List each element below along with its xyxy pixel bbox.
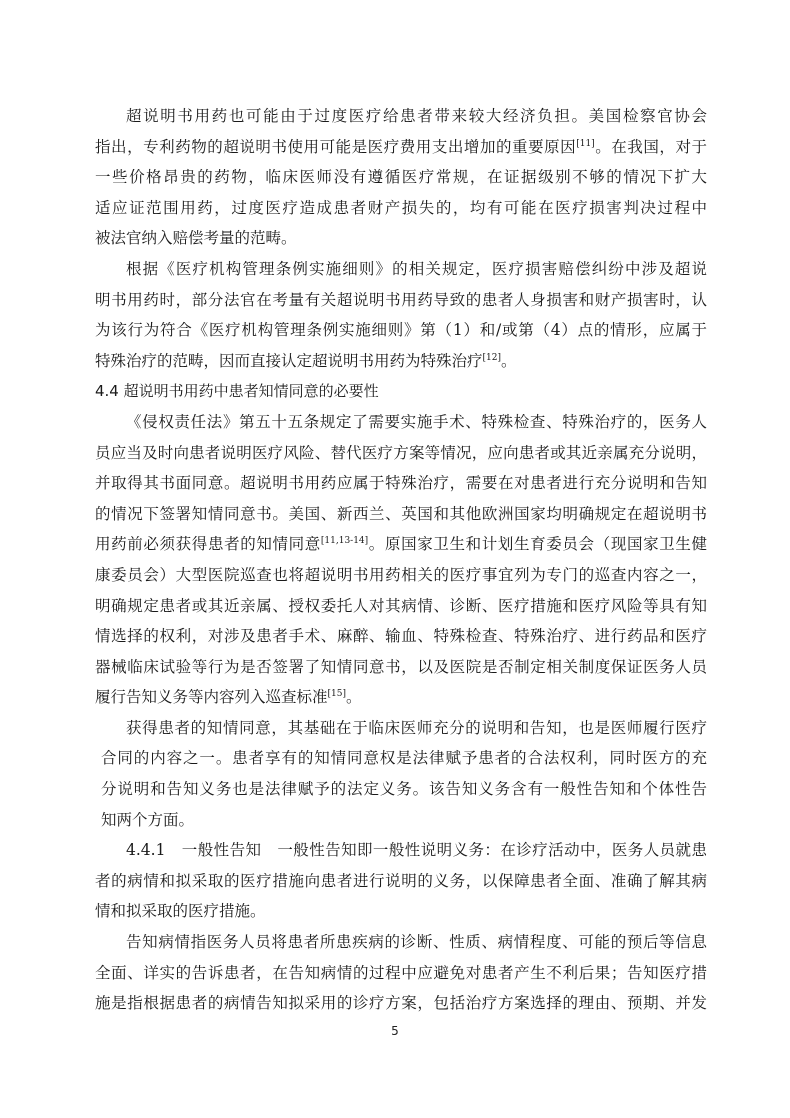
text-segment: 施是指根据患者的病情告知拟采用的诊疗方案，包括治疗方案选择的理由、预期、并发 [95,994,707,1012]
text-line: 员应当及时向患者说明医疗风险、替代医疗方案等情况，应向患者或其近亲属充分说明， [95,438,707,469]
text-line: 履行告知义务等内容列入巡查标准[15]。 [95,682,707,713]
text-line: 《侵权责任法》第五十五条规定了需要实施手术、特殊检查、特殊治疗的，医务人 [95,407,707,438]
text-line: 4.4.1 一般性告知 一般性告知即一般性说明义务：在诊疗活动中，医务人员就患 [95,835,707,866]
text-line: 知两个方面。 [95,805,707,836]
text-segment: 明确规定患者或其近亲属、授权委托人对其病情、诊断、医疗措施和医疗风险等具有知 [95,597,707,615]
text-segment: 并取得其书面同意。超说明书用药应属于特殊治疗，需要在对患者进行充分说明和告知 [95,474,707,492]
text-segment: 一些价格昂贵的药物，临床医师没有遵循医疗常规，在证据级别不够的情况下扩大 [95,168,707,186]
text-line: 被法官纳入赔偿考量的范畴。 [95,223,707,254]
text-line: 适应证范围用药，过度医疗造成患者财产损失的，均有可能在医疗损害判决过程中 [95,193,707,224]
text-segment: 明书用药时，部分法官在考量有关超说明书用药导致的患者人身损害和财产损害时，认 [95,291,707,309]
text-segment: 合同的内容之一。患者享有的知情同意权是法律赋予患者的合法权利，同时医方的充 [101,749,707,767]
text-line: 一些价格昂贵的药物，临床医师没有遵循医疗常规，在证据级别不够的情况下扩大 [95,162,707,193]
body-paragraph: 4.4.1 一般性告知 一般性告知即一般性说明义务：在诊疗活动中，医务人员就患者… [95,835,707,927]
text-segment: 根据《医疗机构管理条例实施细则》的相关规定，医疗损害赔偿纠纷中涉及超说 [126,260,707,278]
text-segment: 4.4.1 一般性告知 一般性告知即一般性说明义务：在诊疗活动中，医务人员就患 [126,841,707,859]
text-segment: 分说明和告知义务也是法律赋予的法定义务。该告知义务含有一般性告知和个体性告 [101,780,707,798]
text-line: 并取得其书面同意。超说明书用药应属于特殊治疗，需要在对患者进行充分说明和告知 [95,468,707,499]
body-paragraph: 超说明书用药也可能由于过度医疗给患者带来较大经济负担。美国检察官协会指出，专利药… [95,101,707,254]
text-segment: 指出，专利药物的超说明书使用可能是医疗费用支出增加的重要原因 [95,138,576,156]
body-paragraph: 告知病情指医务人员将患者所患疾病的诊断、性质、病情程度、可能的预后等信息全面、详… [95,927,707,1019]
text-line: 告知病情指医务人员将患者所患疾病的诊断、性质、病情程度、可能的预后等信息 [95,927,707,958]
text-segment: 知两个方面。 [101,811,194,829]
text-segment: 履行告知义务等内容列入巡查标准 [95,688,328,706]
text-line: 全面、详实的告诉患者，在告知病情的过程中应避免对患者产生不利后果；告知医疗措 [95,958,707,989]
text-segment: 。 [501,352,517,370]
citation-reference: [11] [576,139,594,149]
text-segment: 为该行为符合《医疗机构管理条例实施细则》第（1）和/或第（4）点的情形，应属于 [95,321,707,339]
text-segment: 。 [346,688,362,706]
text-segment: 用药前必须获得患者的知情同意 [95,535,321,553]
text-line: 情选择的权利，对涉及患者手术、麻醉、输血、特殊检查、特殊治疗、进行药品和医疗 [95,621,707,652]
text-line: 指出，专利药物的超说明书使用可能是医疗费用支出增加的重要原因[11]。在我国，对… [95,132,707,163]
text-segment: 适应证范围用药，过度医疗造成患者财产损失的，均有可能在医疗损害判决过程中 [95,199,707,217]
text-segment: 《侵权责任法》第五十五条规定了需要实施手术、特殊检查、特殊治疗的，医务人 [126,413,707,431]
text-line: 获得患者的知情同意，其基础在于临床医师充分的说明和告知，也是医师履行医疗 [95,713,707,744]
text-line: 明确规定患者或其近亲属、授权委托人对其病情、诊断、医疗措施和医疗风险等具有知 [95,591,707,622]
text-segment: 的情况下签署知情同意书。美国、新西兰、英国和其他欧洲国家均明确规定在超说明书 [95,505,707,523]
text-segment: 超说明书用药也可能由于过度医疗给患者带来较大经济负担。美国检察官协会 [126,107,707,125]
heading-text: 4.4 超说明书用药中患者知情同意的必要性 [95,376,707,407]
text-line: 者的病情和拟采取的医疗措施向患者进行说明的义务，以保障患者全面、准确了解其病 [95,866,707,897]
text-line: 为该行为符合《医疗机构管理条例实施细则》第（1）和/或第（4）点的情形，应属于 [95,315,707,346]
text-segment: 者的病情和拟采取的医疗措施向患者进行说明的义务，以保障患者全面、准确了解其病 [95,872,707,890]
text-segment: 获得患者的知情同意，其基础在于临床医师充分的说明和告知，也是医师履行医疗 [126,719,707,737]
text-line: 根据《医疗机构管理条例实施细则》的相关规定，医疗损害赔偿纠纷中涉及超说 [95,254,707,285]
text-line: 合同的内容之一。患者享有的知情同意权是法律赋予患者的合法权利，同时医方的充 [95,743,707,774]
body-paragraph: 《侵权责任法》第五十五条规定了需要实施手术、特殊检查、特殊治疗的，医务人员应当及… [95,407,707,713]
text-line: 超说明书用药也可能由于过度医疗给患者带来较大经济负担。美国检察官协会 [95,101,707,132]
text-segment: 被法官纳入赔偿考量的范畴。 [95,229,297,247]
text-line: 器械临床试验等行为是否签署了知情同意书，以及医院是否制定相关制度保证医务人员 [95,652,707,683]
body-paragraph: 根据《医疗机构管理条例实施细则》的相关规定，医疗损害赔偿纠纷中涉及超说明书用药时… [95,254,707,376]
page-number: 5 [0,1024,790,1038]
text-segment: 员应当及时向患者说明医疗风险、替代医疗方案等情况，应向患者或其近亲属充分说明， [95,444,707,462]
text-segment: 康委员会）大型医院巡查也将超说明书用药相关的医疗事宜列为专门的巡查内容之一， [95,566,707,584]
text-segment: 。原国家卫生和计划生育委员会（现国家卫生健 [368,535,707,553]
text-segment: 全面、详实的告诉患者，在告知病情的过程中应避免对患者产生不利后果；告知医疗措 [95,964,707,982]
document-body: 超说明书用药也可能由于过度医疗给患者带来较大经济负担。美国检察官协会指出，专利药… [95,101,707,1019]
text-line: 分说明和告知义务也是法律赋予的法定义务。该告知义务含有一般性告知和个体性告 [95,774,707,805]
body-paragraph: 获得患者的知情同意，其基础在于临床医师充分的说明和告知，也是医师履行医疗合同的内… [95,713,707,835]
section-heading: 4.4 超说明书用药中患者知情同意的必要性 [95,376,707,407]
document-page: 超说明书用药也可能由于过度医疗给患者带来较大经济负担。美国检察官协会指出，专利药… [0,0,790,1118]
text-line: 明书用药时，部分法官在考量有关超说明书用药导致的患者人身损害和财产损害时，认 [95,285,707,316]
text-line: 康委员会）大型医院巡查也将超说明书用药相关的医疗事宜列为专门的巡查内容之一， [95,560,707,591]
text-line: 的情况下签署知情同意书。美国、新西兰、英国和其他欧洲国家均明确规定在超说明书 [95,499,707,530]
text-segment: 情和拟采取的医疗措施。 [95,902,266,920]
text-line: 用药前必须获得患者的知情同意[11,13-14]。原国家卫生和计划生育委员会（现… [95,529,707,560]
citation-reference: [15] [328,689,346,699]
text-line: 施是指根据患者的病情告知拟采用的诊疗方案，包括治疗方案选择的理由、预期、并发 [95,988,707,1019]
citation-reference: [12] [483,353,501,363]
text-segment: 4.4 超说明书用药中患者知情同意的必要性 [95,382,379,400]
text-segment: 。在我国，对于 [595,138,707,156]
text-segment: 告知病情指医务人员将患者所患疾病的诊断、性质、病情程度、可能的预后等信息 [126,933,707,951]
citation-reference: [11,13-14] [321,536,368,546]
text-segment: 特殊治疗的范畴，因而直接认定超说明书用药为特殊治疗 [95,352,483,370]
text-segment: 器械临床试验等行为是否签署了知情同意书，以及医院是否制定相关制度保证医务人员 [95,658,707,676]
text-line: 特殊治疗的范畴，因而直接认定超说明书用药为特殊治疗[12]。 [95,346,707,377]
text-line: 情和拟采取的医疗措施。 [95,896,707,927]
text-segment: 情选择的权利，对涉及患者手术、麻醉、输血、特殊检查、特殊治疗、进行药品和医疗 [95,627,707,645]
